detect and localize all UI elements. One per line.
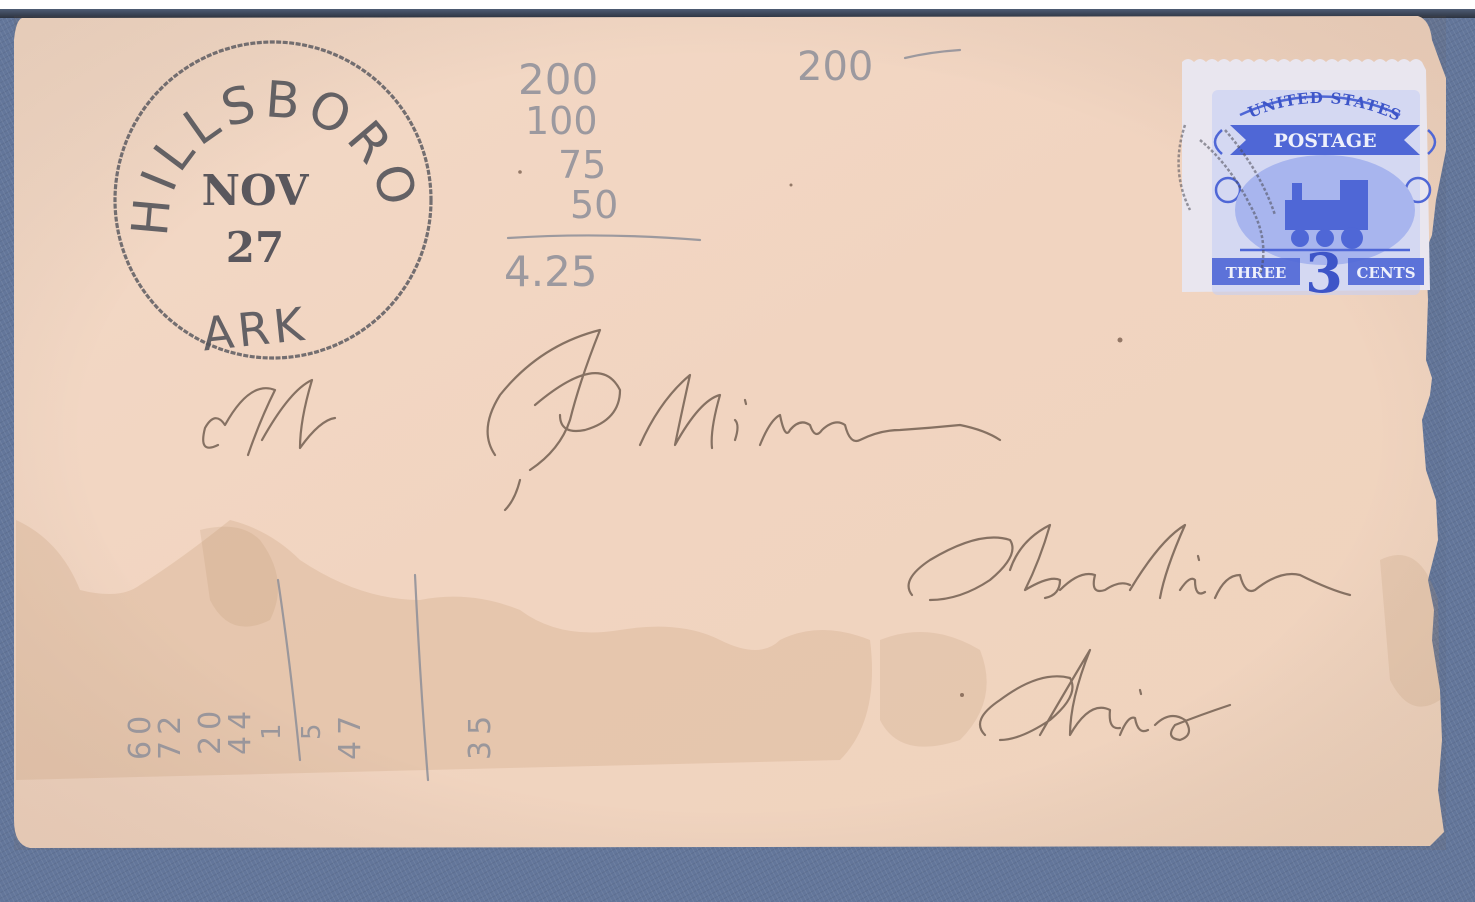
svg-text:47: 47 bbox=[333, 710, 368, 760]
svg-text:72: 72 bbox=[153, 710, 188, 760]
svg-text:1: 1 bbox=[257, 723, 287, 740]
svg-text:35: 35 bbox=[463, 710, 498, 760]
pencil-line-3: 75 bbox=[558, 143, 606, 187]
pencil-line-2: 100 bbox=[525, 99, 598, 143]
postage-stamp: UNITED STATES POSTAGE THREE CENTS 3 bbox=[1179, 59, 1435, 305]
pencil-top-right: 200 bbox=[797, 44, 873, 90]
pencil-line-4: 50 bbox=[570, 183, 618, 227]
stamp-word-left: THREE bbox=[1226, 264, 1287, 282]
stamp-numeral: 3 bbox=[1305, 241, 1343, 305]
svg-text:44: 44 bbox=[223, 705, 258, 755]
pencil-total: 4.25 bbox=[504, 247, 598, 296]
svg-text:5: 5 bbox=[297, 723, 327, 740]
pencil-line-1: 200 bbox=[518, 55, 598, 104]
stamp-label: POSTAGE bbox=[1273, 130, 1376, 152]
svg-text:60: 60 bbox=[123, 710, 158, 760]
envelope: HILLSBORO NOV 27 ARK UNITED STATES POSTA… bbox=[0, 0, 1475, 902]
svg-text:20: 20 bbox=[193, 705, 228, 755]
stamp-word-right: CENTS bbox=[1356, 264, 1415, 282]
postmark-month: NOV bbox=[202, 166, 310, 215]
postmark-day: 27 bbox=[226, 223, 284, 272]
postmark-state: ARK bbox=[200, 297, 311, 362]
